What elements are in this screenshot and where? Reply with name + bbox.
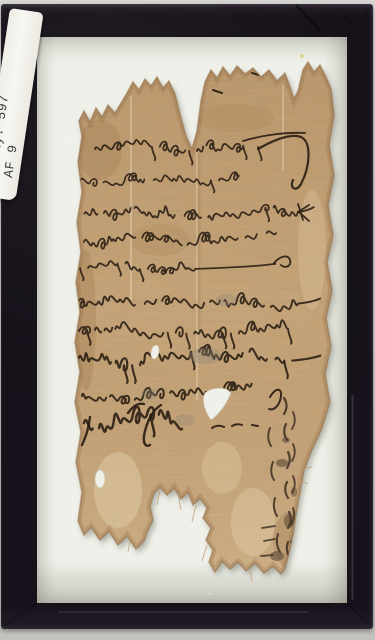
photo-backdrop: P. Oxy. 597 AF 9 [0,0,375,640]
glass-mount [37,37,347,603]
